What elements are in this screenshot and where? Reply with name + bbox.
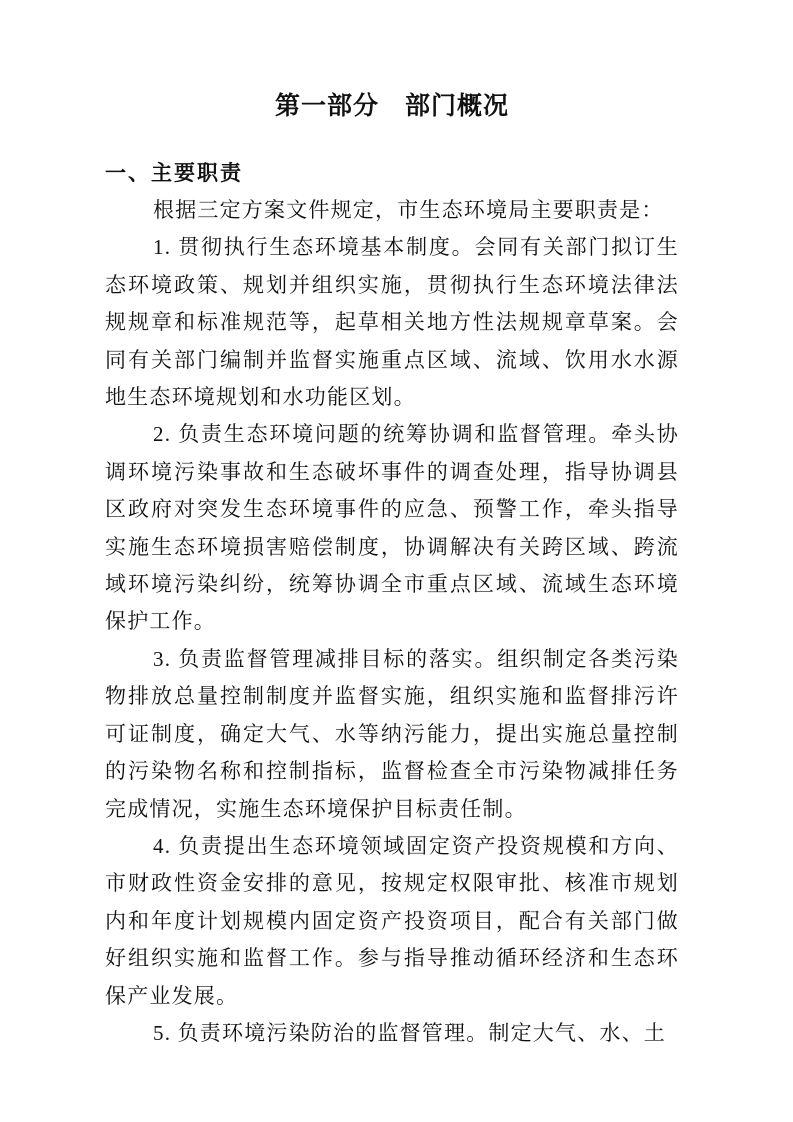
document-title: 第一部分 部门概况 [105, 86, 679, 126]
paragraph: 4. 负责提出生态环境领域固定资产投资规模和方向、市财政性资金安排的意见，按规定… [105, 828, 679, 1015]
paragraph: 5. 负责环境污染防治的监督管理。制定大气、水、土 [105, 1015, 679, 1052]
section-heading: 一、主要职责 [105, 155, 679, 192]
document-page: 第一部分 部门概况 一、主要职责 根据三定方案文件规定，市生态环境局主要职责是：… [0, 0, 793, 1122]
paragraph: 2. 负责生态环境问题的统筹协调和监督管理。牵头协调环境污染事故和生态破坏事件的… [105, 416, 679, 640]
document-body: 根据三定方案文件规定，市生态环境局主要职责是：1. 贯彻执行生态环境基本制度。会… [105, 192, 679, 1052]
paragraph: 根据三定方案文件规定，市生态环境局主要职责是： [105, 192, 679, 229]
paragraph: 1. 贯彻执行生态环境基本制度。会同有关部门拟订生态环境政策、规划并组织实施，贯… [105, 229, 679, 416]
paragraph: 3. 负责监督管理减排目标的落实。组织制定各类污染物排放总量控制制度并监督实施，… [105, 641, 679, 828]
